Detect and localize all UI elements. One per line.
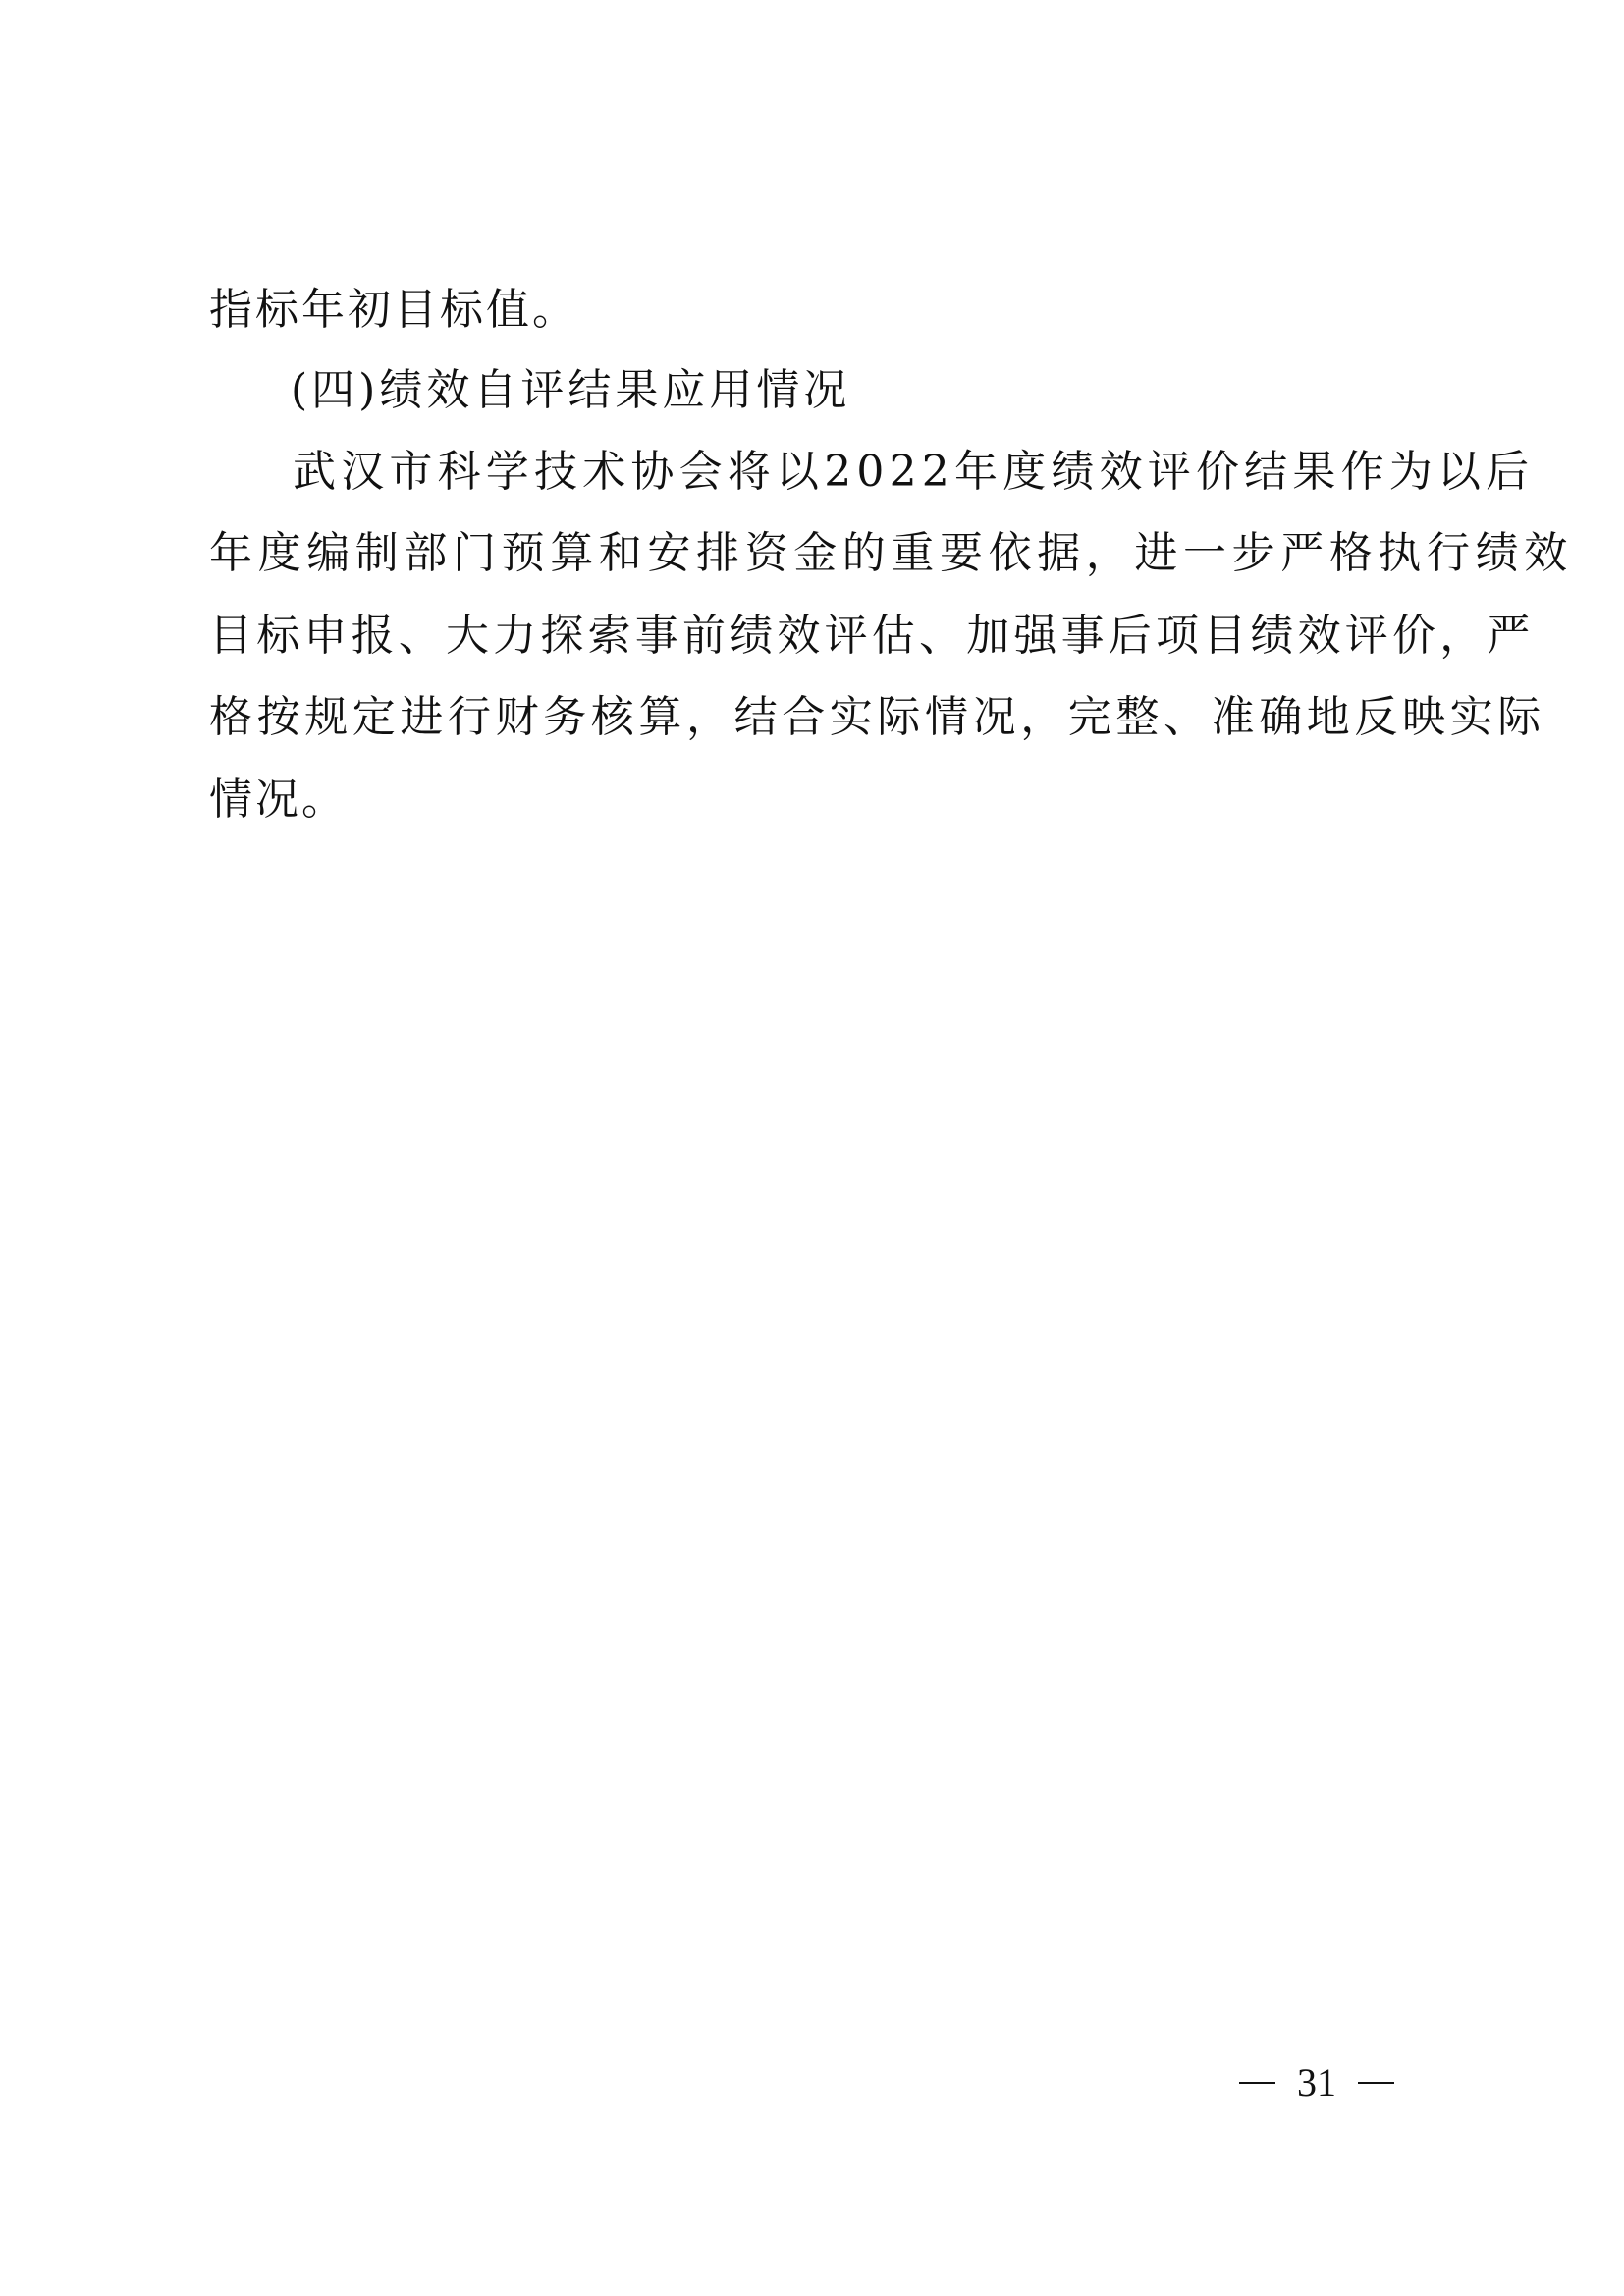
page-number-footer: 31 <box>1239 2059 1394 2107</box>
paragraph-line: 年度编制部门预算和安排资金的重要依据，进一步严格执行绩效 <box>209 528 1573 579</box>
document-page: 指标年初目标值。 (四)绩效自评结果应用情况 武汉市科学技术协会将以2022年度… <box>0 0 1624 2296</box>
page-number: 31 <box>1297 2059 1336 2107</box>
paragraph-line: 情况。 <box>209 774 348 826</box>
dash-left-decoration <box>1239 2082 1275 2084</box>
paragraph-line: 格按规定进行财务核算，结合实际情况，完整、准确地反映实际 <box>209 692 1545 743</box>
dash-right-decoration <box>1358 2082 1394 2084</box>
paragraph-line-continuation: 指标年初目标值。 <box>209 285 578 336</box>
paragraph-line: 目标申报、大力探索事前绩效评估、加强事后项目绩效评价，严 <box>209 611 1535 662</box>
section-heading: (四)绩效自评结果应用情况 <box>291 365 850 416</box>
paragraph-line: 武汉市科学技术协会将以2022年度绩效评价结果作为以后 <box>293 447 1534 498</box>
